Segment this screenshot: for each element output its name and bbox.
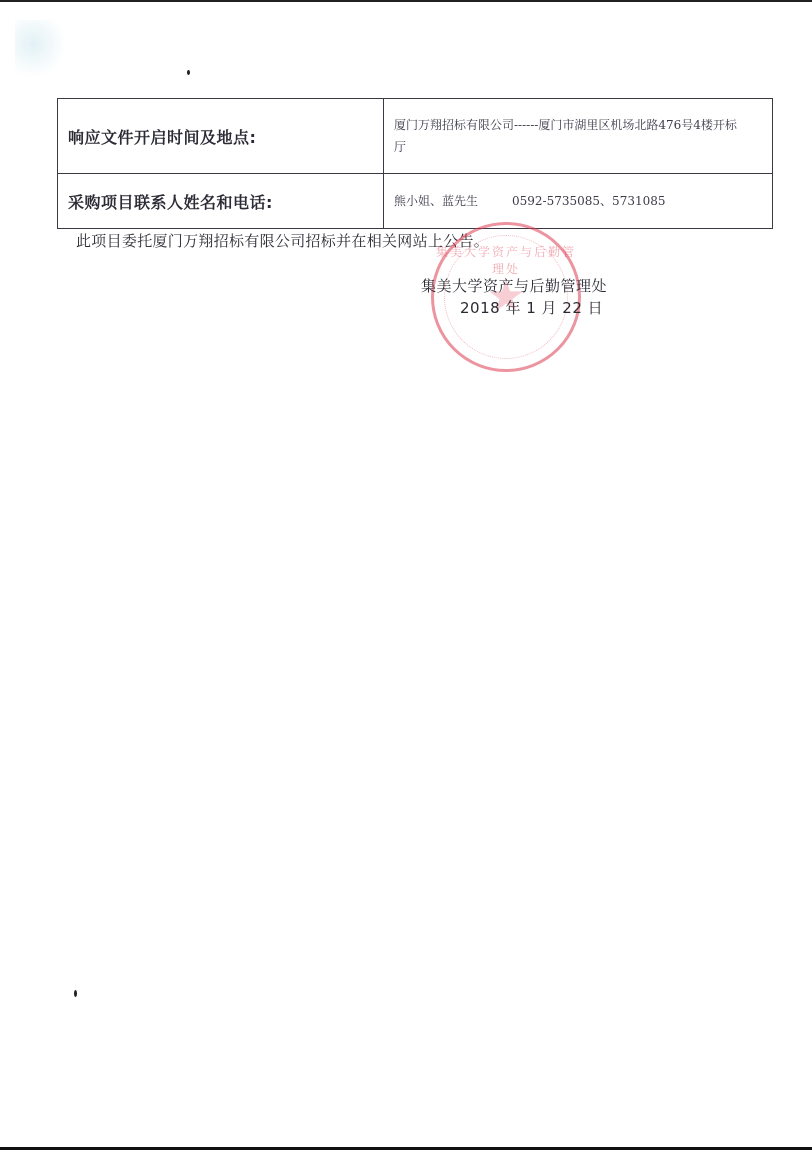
contact-names: 熊小姐、蓝先生 bbox=[394, 194, 478, 208]
scan-speck bbox=[187, 70, 190, 75]
opening-location-value: 厦门万翔招标有限公司------厦门市湖里区机场北路476号4楼开标 厅 bbox=[384, 99, 773, 174]
table-row: 响应文件开启时间及地点: 厦门万翔招标有限公司------厦门市湖里区机场北路4… bbox=[58, 99, 773, 174]
contact-label: 采购项目联系人姓名和电话: bbox=[58, 174, 384, 229]
opening-location-line2: 厅 bbox=[394, 136, 762, 158]
page-bottom-border bbox=[0, 1147, 812, 1150]
scan-speck bbox=[74, 990, 77, 997]
table-row: 采购项目联系人姓名和电话: 熊小姐、蓝先生0592-5735085、573108… bbox=[58, 174, 773, 229]
page-top-border bbox=[0, 0, 812, 2]
bid-info-table: 响应文件开启时间及地点: 厦门万翔招标有限公司------厦门市湖里区机场北路4… bbox=[57, 98, 773, 229]
signature-date: 2018 年 1 月 22 日 bbox=[460, 297, 603, 318]
scan-artifact bbox=[15, 20, 75, 80]
contact-phones: 0592-5735085、5731085 bbox=[512, 194, 665, 208]
contact-value: 熊小姐、蓝先生0592-5735085、5731085 bbox=[384, 174, 773, 229]
opening-location-line1: 厦门万翔招标有限公司------厦门市湖里区机场北路476号4楼开标 bbox=[394, 114, 762, 136]
notice-text: 此项目委托厦门万翔招标有限公司招标并在相关网站上公告。 bbox=[76, 230, 489, 251]
opening-location-label: 响应文件开启时间及地点: bbox=[58, 99, 384, 174]
signature-organization: 集美大学资产与后勤管理处 bbox=[421, 275, 607, 296]
